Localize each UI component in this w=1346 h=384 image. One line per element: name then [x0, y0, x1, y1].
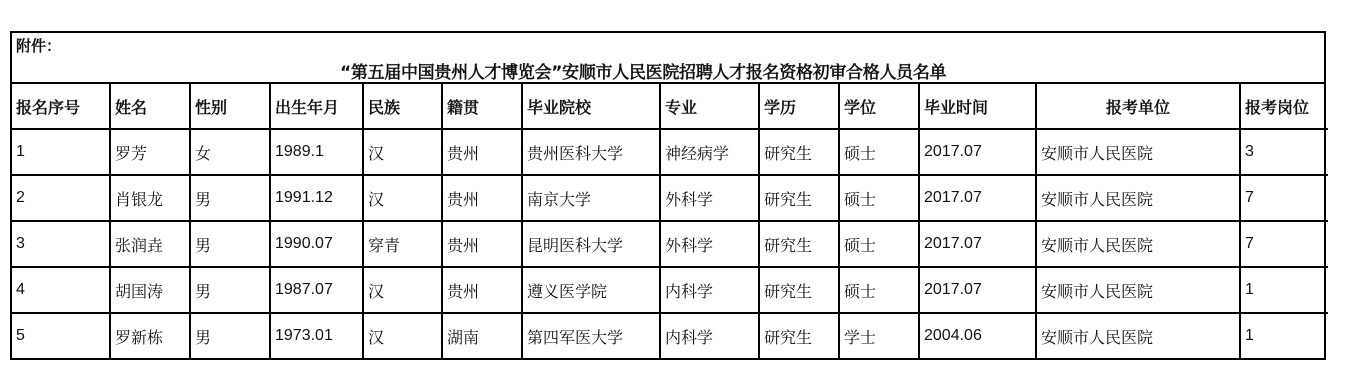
- cell-position: 1: [1240, 267, 1328, 313]
- cell-school: 贵州医科大学: [522, 129, 660, 175]
- cell-ethnicity: 汉: [363, 175, 442, 221]
- cell-gender: 男: [190, 175, 270, 221]
- cell-serial: 2: [12, 175, 110, 221]
- header-row: 报名序号 姓名 性别 出生年月 民族 籍贯 毕业院校 专业 学历 学位 毕业时间…: [12, 84, 1328, 129]
- cell-major: 外科学: [660, 175, 759, 221]
- qualified-candidates-table: 报名序号 姓名 性别 出生年月 民族 籍贯 毕业院校 专业 学历 学位 毕业时间…: [12, 84, 1328, 358]
- col-header-major: 专业: [660, 84, 759, 129]
- cell-education: 研究生: [759, 313, 839, 358]
- cell-grad-time: 2017.07: [919, 129, 1036, 175]
- cell-school: 遵义医学院: [522, 267, 660, 313]
- table-row: 4 胡国涛 男 1987.07 汉 贵州 遵义医学院 内科学 研究生 硕士 20…: [12, 267, 1328, 313]
- cell-major: 内科学: [660, 313, 759, 358]
- cell-unit: 安顺市人民医院: [1036, 221, 1240, 267]
- cell-education: 研究生: [759, 175, 839, 221]
- cell-ethnicity: 汉: [363, 129, 442, 175]
- cell-position: 7: [1240, 175, 1328, 221]
- col-header-degree: 学位: [839, 84, 919, 129]
- col-header-native-place: 籍贯: [442, 84, 522, 129]
- col-header-unit: 报考单位: [1036, 84, 1240, 129]
- cell-birth: 1989.1: [270, 129, 363, 175]
- cell-native-place: 贵州: [442, 221, 522, 267]
- cell-native-place: 贵州: [442, 175, 522, 221]
- cell-serial: 5: [12, 313, 110, 358]
- cell-education: 研究生: [759, 129, 839, 175]
- col-header-gender: 性别: [190, 84, 270, 129]
- cell-birth: 1990.07: [270, 221, 363, 267]
- cell-name: 肖银龙: [110, 175, 190, 221]
- cell-school: 昆明医科大学: [522, 221, 660, 267]
- cell-name: 张润垚: [110, 221, 190, 267]
- cell-major: 外科学: [660, 221, 759, 267]
- cell-gender: 男: [190, 221, 270, 267]
- cell-serial: 4: [12, 267, 110, 313]
- col-header-grad-time: 毕业时间: [919, 84, 1036, 129]
- cell-degree: 硕士: [839, 175, 919, 221]
- cell-native-place: 贵州: [442, 267, 522, 313]
- title-row: “第五届中国贵州人才博览会”安顺市人民医院招聘人才报名资格初审合格人员名单: [12, 57, 1324, 84]
- document-title: “第五届中国贵州人才博览会”安顺市人民医院招聘人才报名资格初审合格人员名单: [340, 58, 946, 83]
- cell-grad-time: 2017.07: [919, 175, 1036, 221]
- cell-school: 南京大学: [522, 175, 660, 221]
- col-header-ethnicity: 民族: [363, 84, 442, 129]
- cell-name: 罗新栋: [110, 313, 190, 358]
- col-header-birth: 出生年月: [270, 84, 363, 129]
- cell-position: 7: [1240, 221, 1328, 267]
- table-row: 5 罗新栋 男 1973.01 汉 湖南 第四军医大学 内科学 研究生 学士 2…: [12, 313, 1328, 358]
- cell-birth: 1973.01: [270, 313, 363, 358]
- cell-school: 第四军医大学: [522, 313, 660, 358]
- cell-grad-time: 2017.07: [919, 221, 1036, 267]
- cell-name: 胡国涛: [110, 267, 190, 313]
- col-header-education: 学历: [759, 84, 839, 129]
- cell-unit: 安顺市人民医院: [1036, 313, 1240, 358]
- cell-grad-time: 2004.06: [919, 313, 1036, 358]
- cell-gender: 男: [190, 313, 270, 358]
- cell-serial: 3: [12, 221, 110, 267]
- cell-ethnicity: 穿青: [363, 221, 442, 267]
- table-row: 2 肖银龙 男 1991.12 汉 贵州 南京大学 外科学 研究生 硕士 201…: [12, 175, 1328, 221]
- cell-unit: 安顺市人民医院: [1036, 267, 1240, 313]
- cell-native-place: 湖南: [442, 313, 522, 358]
- cell-education: 研究生: [759, 221, 839, 267]
- table-row: 1 罗芳 女 1989.1 汉 贵州 贵州医科大学 神经病学 研究生 硕士 20…: [12, 129, 1328, 175]
- cell-name: 罗芳: [110, 129, 190, 175]
- cell-major: 神经病学: [660, 129, 759, 175]
- cell-native-place: 贵州: [442, 129, 522, 175]
- col-header-name: 姓名: [110, 84, 190, 129]
- cell-degree: 硕士: [839, 221, 919, 267]
- cell-gender: 女: [190, 129, 270, 175]
- roster-sheet: 附件： “第五届中国贵州人才博览会”安顺市人民医院招聘人才报名资格初审合格人员名…: [10, 31, 1326, 360]
- col-header-serial: 报名序号: [12, 84, 110, 129]
- table-row: 3 张润垚 男 1990.07 穿青 贵州 昆明医科大学 外科学 研究生 硕士 …: [12, 221, 1328, 267]
- cell-ethnicity: 汉: [363, 267, 442, 313]
- cell-gender: 男: [190, 267, 270, 313]
- cell-serial: 1: [12, 129, 110, 175]
- cell-position: 1: [1240, 313, 1328, 358]
- cell-grad-time: 2017.07: [919, 267, 1036, 313]
- cell-degree: 硕士: [839, 129, 919, 175]
- col-header-school: 毕业院校: [522, 84, 660, 129]
- cell-degree: 硕士: [839, 267, 919, 313]
- cell-degree: 学士: [839, 313, 919, 358]
- cell-position: 3: [1240, 129, 1328, 175]
- attachment-label: 附件：: [16, 35, 61, 56]
- col-header-position: 报考岗位: [1240, 84, 1328, 129]
- cell-unit: 安顺市人民医院: [1036, 175, 1240, 221]
- cell-unit: 安顺市人民医院: [1036, 129, 1240, 175]
- cell-major: 内科学: [660, 267, 759, 313]
- cell-education: 研究生: [759, 267, 839, 313]
- cell-birth: 1987.07: [270, 267, 363, 313]
- note-row: 附件：: [12, 33, 1324, 57]
- cell-birth: 1991.12: [270, 175, 363, 221]
- cell-ethnicity: 汉: [363, 313, 442, 358]
